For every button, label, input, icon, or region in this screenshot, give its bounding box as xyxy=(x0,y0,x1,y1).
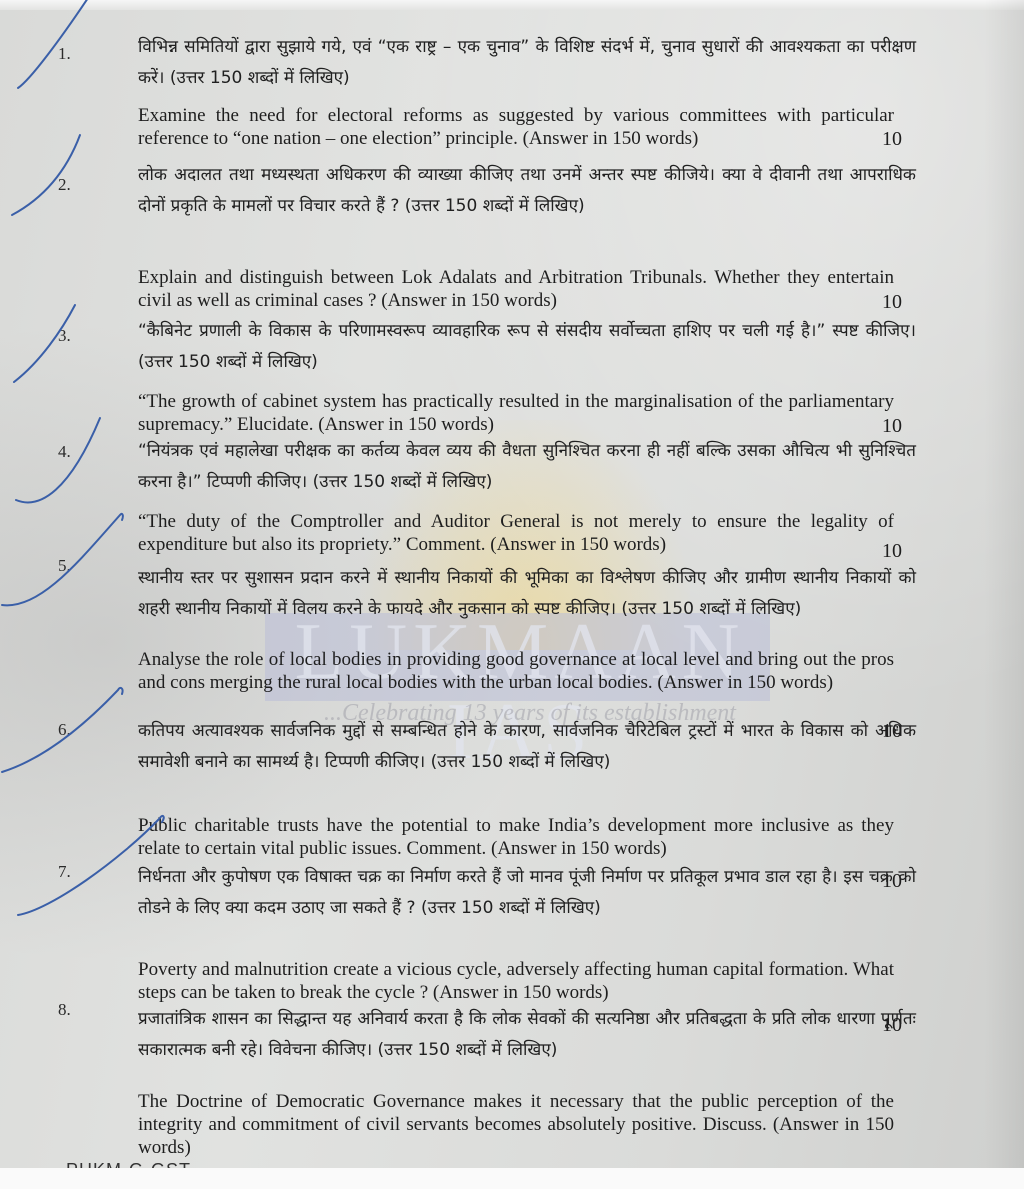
question-number: 7. xyxy=(58,862,71,882)
question-hindi: “नियंत्रक एवं महालेखा परीक्षक का कर्तव्य… xyxy=(138,436,916,498)
check-mark-icon xyxy=(18,0,90,88)
question-english: Explain and distinguish between Lok Adal… xyxy=(138,266,894,312)
question-hindi: लोक अदालत तथा मध्यस्थता अधिकरण की व्याख्… xyxy=(138,160,916,222)
question-english: Public charitable trusts have the potent… xyxy=(138,814,894,860)
question-marks: 10 xyxy=(862,415,902,438)
question-hindi: प्रजातांत्रिक शासन का सिद्धान्त यह अनिवा… xyxy=(138,1004,916,1066)
question-hindi: कतिपय अत्यावश्यक सार्वजनिक मुद्दों से सम… xyxy=(138,716,916,778)
question-marks: 10 xyxy=(862,540,902,563)
question-english: Examine the need for electoral reforms a… xyxy=(138,104,894,150)
paper-top-edge xyxy=(0,0,1024,10)
question-english: “The duty of the Comptroller and Auditor… xyxy=(138,510,894,556)
question-marks: 10 xyxy=(862,291,902,314)
paper-fold-shadow xyxy=(984,0,1024,1168)
question-number: 1. xyxy=(58,44,71,64)
question-number: 6. xyxy=(58,720,71,740)
question-english: “The growth of cabinet system has practi… xyxy=(138,390,894,436)
question-hindi: “कैबिनेट प्रणाली के विकास के परिणामस्वरू… xyxy=(138,316,916,378)
photo-bottom-margin xyxy=(0,1168,1024,1189)
question-hindi: निर्धनता और कुपोषण एक विषाक्त चक्र का नि… xyxy=(138,862,916,924)
exam-paper-photo: LUKMAAN IAS ...Celebrating 13 years of i… xyxy=(0,0,1024,1168)
question-number: 4. xyxy=(58,442,71,462)
paper-code: PHKM-G-GST xyxy=(66,1160,191,1168)
question-hindi: विभिन्न समितियों द्वारा सुझाये गये, एवं … xyxy=(138,32,916,94)
question-number: 2. xyxy=(58,175,71,195)
question-english: The Doctrine of Democratic Governance ma… xyxy=(138,1090,894,1159)
question-number: 5. xyxy=(58,556,71,576)
question-english: Poverty and malnutrition create a viciou… xyxy=(138,958,894,1004)
question-hindi: स्थानीय स्तर पर सुशासन प्रदान करने में स… xyxy=(138,563,916,625)
question-english: Analyse the role of local bodies in prov… xyxy=(138,648,894,694)
question-number: 8. xyxy=(58,1000,71,1020)
question-number: 3. xyxy=(58,326,71,346)
question-marks: 10 xyxy=(862,128,902,151)
